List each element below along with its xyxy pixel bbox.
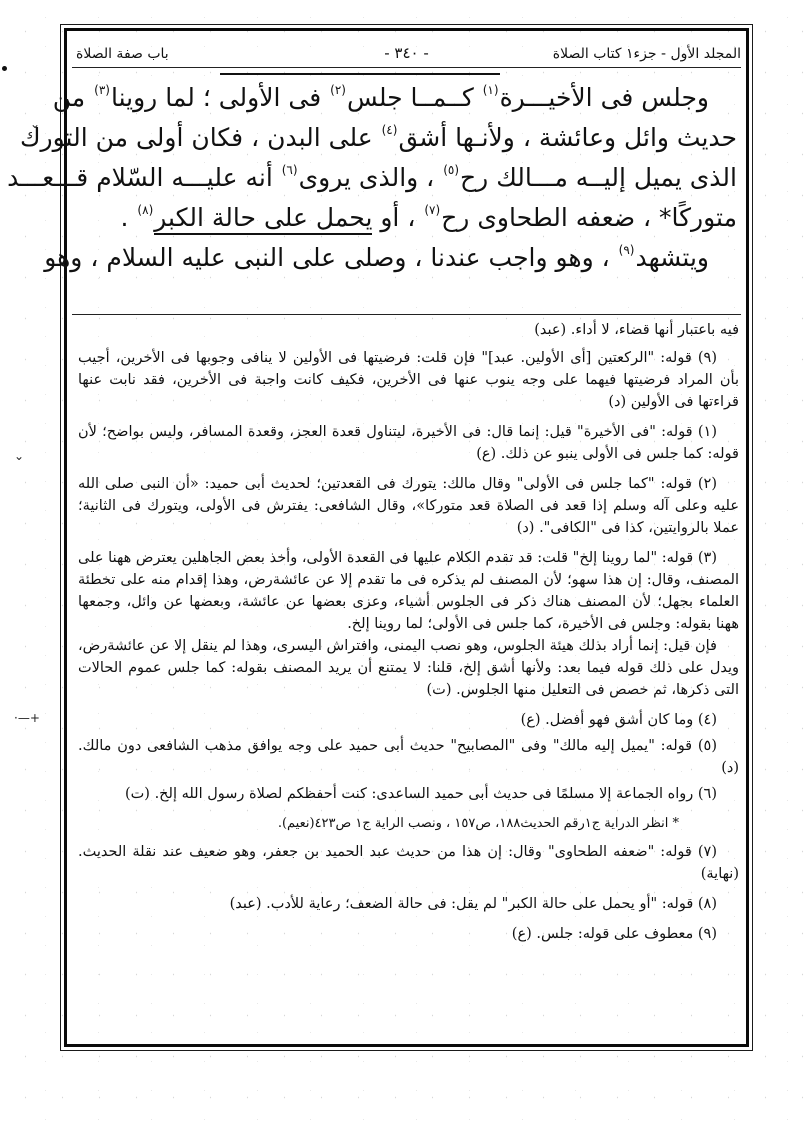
footnote-marker[interactable]: (١)	[483, 83, 499, 97]
note-item: (١) قوله: "فى الأخيرة" قيل: إنما قال: فى…	[78, 421, 739, 465]
note-item: (٥) قوله: "يميل إليه مالك" وفى "المصابيح…	[78, 735, 739, 779]
margin-tick-mark: ·—+	[14, 712, 40, 724]
footnote-marker[interactable]: (٩)	[619, 243, 635, 257]
footnote-marker[interactable]: (٥)	[443, 163, 459, 177]
note-item: (٩) قوله: "الركعتين [أى الأولين. عبد]" ف…	[78, 347, 739, 413]
note-item: (٤) وما كان أشق فهو أفضل. (ع)	[78, 709, 739, 731]
header-rule	[72, 67, 741, 68]
chapter-title: باب صفة الصلاة	[76, 46, 169, 62]
note-item: فإن قيل: إنما أراد بذلك هيئة الجلوس، وهو…	[78, 635, 739, 701]
main-text: وجلس فى الأخيـــرة(١) كــمــا جلس(٢) فى …	[80, 78, 737, 278]
note-item: (٨) قوله: "أو يحمل على حالة الكبر" لم يق…	[78, 893, 739, 915]
footnote-marker[interactable]: (٢)	[330, 83, 346, 97]
note-star-reference: * انظر الدراية ج١رقم الحديث١٨٨، ص١٥٧ ، و…	[78, 813, 739, 835]
note-item: (٩) معطوف على قوله: جلس. (ع)	[78, 923, 739, 945]
main-text-line: الذى يميل إليــه مـــالك رح(٥) ، والذى ي…	[80, 158, 737, 198]
footnote-marker[interactable]: (٤)	[382, 123, 398, 137]
main-text-top-rule	[220, 73, 500, 75]
footnote-marker[interactable]: (٧)	[424, 203, 440, 217]
underlined-phrase: يحمل على حالة الكبر	[154, 203, 372, 235]
note-item: (٢) قوله: "كما جلس فى الأولى" وقال مالك:…	[78, 473, 739, 539]
running-header: المجلد الأول - جزء١ كتاب الصلاة - ٣٤٠ - …	[72, 34, 741, 66]
note-item: (٣) قوله: "لما روينا إلخ" قلت: قد تقدم ا…	[78, 547, 739, 635]
volume-info: المجلد الأول - جزء١ كتاب الصلاة	[553, 46, 741, 62]
footnote-marker[interactable]: (٣)	[94, 83, 110, 97]
note-item: (٦) رواه الجماعة إلا مسلمًا فى حديث أبى …	[78, 783, 739, 805]
scan-dot-mark	[2, 66, 7, 71]
footnote-marker[interactable]: (٦)	[282, 163, 298, 177]
main-text-line: ويتشهد(٩) ، وهو واجب عندنا ، وصلى على ال…	[80, 238, 737, 278]
main-text-line: وجلس فى الأخيـــرة(١) كــمــا جلس(٢) فى …	[80, 78, 737, 118]
main-text-line: حديث وائل وعائشة ، ولأنـها أشق(٤) على ال…	[80, 118, 737, 158]
commentary-separator-rule	[72, 314, 741, 315]
commentary-notes: فيه باعتبار أنها قضاء، لا أداء. (عبد) (٩…	[78, 319, 739, 953]
main-text-line: متوركًا* ، ضعفه الطحاوى رح(٧) ، أو يحمل …	[80, 198, 737, 238]
note-item: (٧) قوله: "ضعفه الطحاوى" وقال: إن هذا من…	[78, 841, 739, 885]
footnote-marker[interactable]: (٨)	[137, 203, 153, 217]
page-number: - ٣٤٠ -	[384, 44, 429, 62]
book-page: المجلد الأول - جزء١ كتاب الصلاة - ٣٤٠ - …	[72, 34, 741, 1039]
note-carry-over: فيه باعتبار أنها قضاء، لا أداء. (عبد)	[78, 319, 739, 341]
margin-tick-mark: ⌄	[14, 450, 24, 462]
